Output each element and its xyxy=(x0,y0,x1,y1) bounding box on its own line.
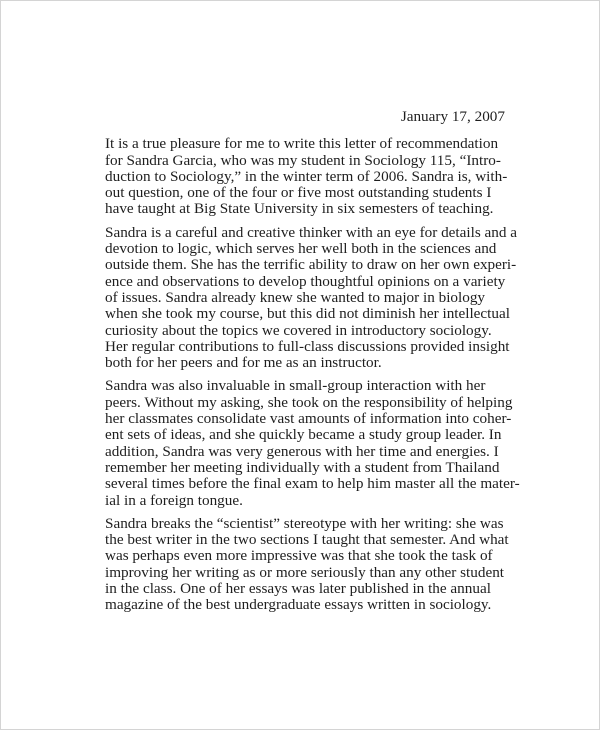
text-line: Her regular contributions to full-class … xyxy=(105,339,507,355)
text-line: both for her peers and for me as an inst… xyxy=(105,355,507,371)
text-line: was perhaps even more impressive was tha… xyxy=(105,548,507,564)
text-line: her classmates consolidate vast amounts … xyxy=(105,411,507,427)
text-line: devotion to logic, which serves her well… xyxy=(105,241,507,257)
text-line: out question, one of the four or five mo… xyxy=(105,185,507,201)
letter-date: January 17, 2007 xyxy=(105,109,507,125)
recommendation-letter: January 17, 2007 It is a true pleasure f… xyxy=(105,109,507,621)
text-line: duction to Sociology,” in the winter ter… xyxy=(105,169,507,185)
text-line: in the class. One of her essays was late… xyxy=(105,581,507,597)
text-line: ence and observations to develop thought… xyxy=(105,274,507,290)
text-line: addition, Sandra was very generous with … xyxy=(105,444,507,460)
text-line: remember her meeting individually with a… xyxy=(105,460,507,476)
paragraph-intro: It is a true pleasure for me to write th… xyxy=(105,136,507,217)
text-line: ial in a foreign tongue. xyxy=(105,493,507,509)
paragraph-writing: Sandra breaks the “scientist” stereotype… xyxy=(105,516,507,614)
document-page: January 17, 2007 It is a true pleasure f… xyxy=(0,0,600,730)
paragraph-group-work: Sandra was also invaluable in small-grou… xyxy=(105,378,507,508)
text-line: It is a true pleasure for me to write th… xyxy=(105,136,507,152)
text-line: peers. Without my asking, she took on th… xyxy=(105,395,507,411)
text-line: of issues. Sandra already knew she wante… xyxy=(105,290,507,306)
text-line: several times before the final exam to h… xyxy=(105,476,507,492)
text-line: Sandra breaks the “scientist” stereotype… xyxy=(105,516,507,532)
text-line: magazine of the best undergraduate essay… xyxy=(105,597,507,613)
text-line: outside them. She has the terrific abili… xyxy=(105,257,507,273)
text-line: Sandra is a careful and creative thinker… xyxy=(105,225,507,241)
text-line: have taught at Big State University in s… xyxy=(105,201,507,217)
text-line: when she took my course, but this did no… xyxy=(105,306,507,322)
text-line: curiosity about the topics we covered in… xyxy=(105,323,507,339)
text-line: for Sandra Garcia, who was my student in… xyxy=(105,153,507,169)
text-line: ent sets of ideas, and she quickly becam… xyxy=(105,427,507,443)
text-line: Sandra was also invaluable in small-grou… xyxy=(105,378,507,394)
text-line: the best writer in the two sections I ta… xyxy=(105,532,507,548)
text-line: improving her writing as or more serious… xyxy=(105,565,507,581)
paragraph-thinker: Sandra is a careful and creative thinker… xyxy=(105,225,507,372)
